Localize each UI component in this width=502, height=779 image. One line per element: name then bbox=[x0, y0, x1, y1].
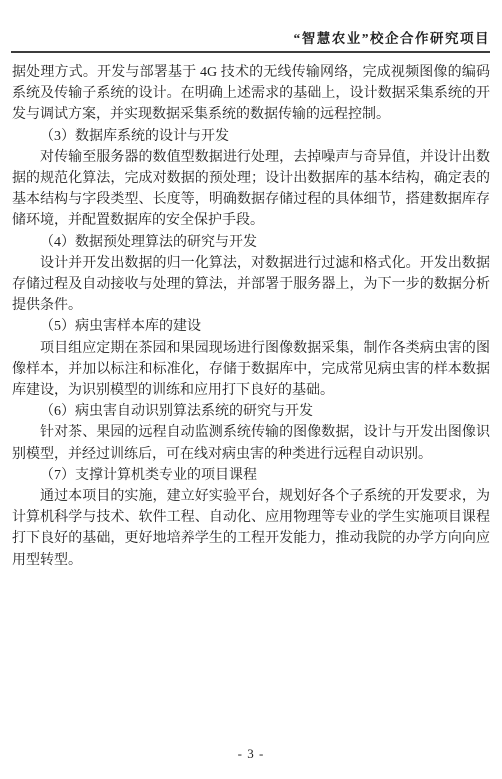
paragraph: 据处理方式。开发与部署基于 4G 技术的无线传输网络，完成视频图像的编码系统及传… bbox=[12, 62, 490, 126]
paragraph: 通过本项目的实施，建立好实验平台，规划好各个子系统的开发要求，为计算机科学与技术… bbox=[12, 486, 490, 571]
header-title: “智慧农业”校企合作研究项目 bbox=[294, 31, 491, 46]
header-rule bbox=[11, 51, 490, 53]
page-number: - 3 - bbox=[238, 746, 265, 761]
document-body: 据处理方式。开发与部署基于 4G 技术的无线传输网络，完成视频图像的编码系统及传… bbox=[12, 62, 490, 571]
paragraph: 项目组应定期在茶园和果园现场进行图像数据采集，制作各类病虫害的图像样本，并加以标… bbox=[12, 338, 490, 402]
paragraph: 设计并开发出数据的归一化算法，对数据进行过滤和格式化。开发出数据存储过程及自动接… bbox=[12, 253, 490, 317]
section-heading: （6）病虫害自动识别算法系统的研究与开发 bbox=[12, 401, 490, 422]
page-footer: - 3 - bbox=[0, 746, 502, 762]
section-heading: （4）数据预处理算法的研究与开发 bbox=[12, 232, 490, 253]
section-heading: （3）数据库系统的设计与开发 bbox=[12, 126, 490, 147]
section-heading: （7）支撑计算机类专业的项目课程 bbox=[12, 465, 490, 486]
section-heading: （5）病虫害样本库的建设 bbox=[12, 316, 490, 337]
paragraph: 针对茶、果园的远程自动监测系统传输的图像数据，设计与开发出图像识别模型，并经过训… bbox=[12, 422, 490, 464]
page-header: “智慧农业”校企合作研究项目 bbox=[12, 27, 490, 47]
document-page: “智慧农业”校企合作研究项目 据处理方式。开发与部署基于 4G 技术的无线传输网… bbox=[0, 0, 502, 779]
paragraph: 对传输至服务器的数值型数据进行处理，去掉噪声与奇异值，并设计出数据的规范化算法，… bbox=[12, 147, 490, 232]
